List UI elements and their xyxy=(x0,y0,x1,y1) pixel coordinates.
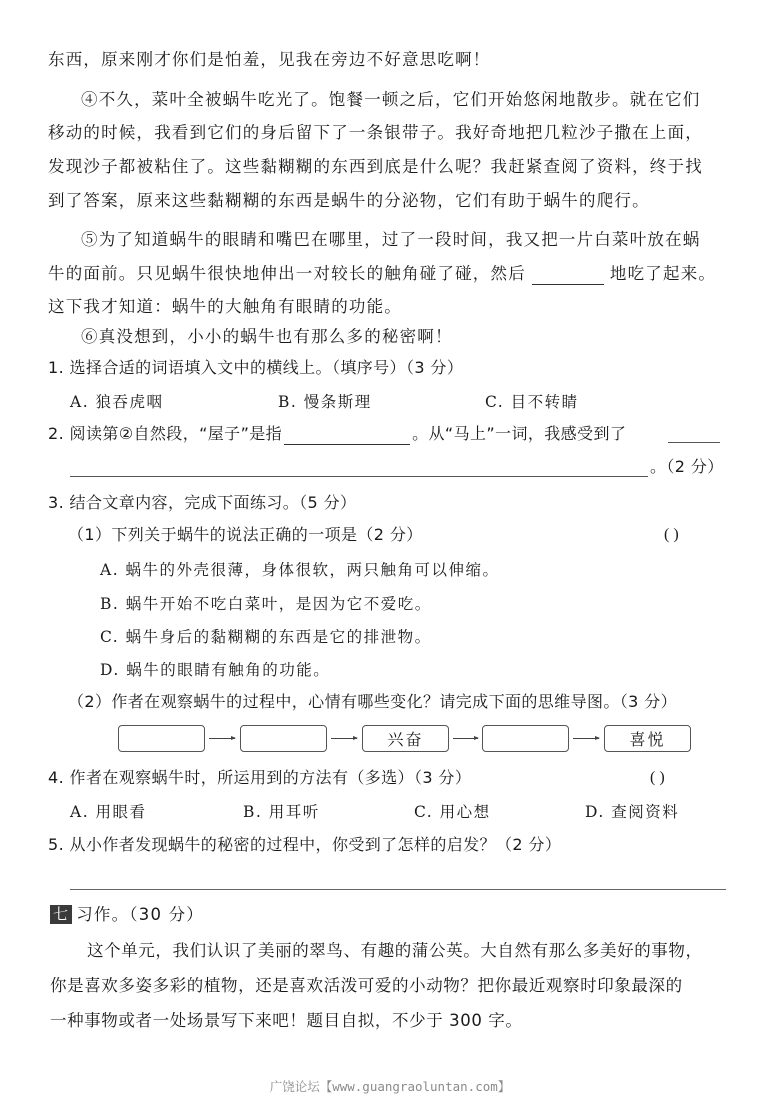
mindmap-box-1[interactable] xyxy=(118,725,205,752)
mindmap-box-3: 兴奋 xyxy=(362,725,449,752)
q1-option-b: B. 慢条斯理 xyxy=(278,391,372,413)
q2-stem-a: 2. 阅读第②自然段，“屋子”是指 xyxy=(48,424,282,443)
passage-p4-line4: 到了答案，原来这些黏糊糊的东西是蜗牛的分泌物，它们有助于蜗牛的爬行。 xyxy=(48,190,650,212)
section7-heading: 七习作。（30 分） xyxy=(50,904,204,926)
passage-p4-line2: 移动的时候，我看到它们的身后留下了一条银带子。我好奇地把几粒沙子撒在上面， xyxy=(48,122,703,144)
q3-sub1-option-d: D. 蜗牛的眼睛有触角的功能。 xyxy=(100,659,330,681)
q3-sub1-option-a: A. 蜗牛的外壳很薄，身体很软，两只触角可以伸缩。 xyxy=(100,559,500,581)
passage-p5-line2-tail: 地吃了起来。 xyxy=(610,264,716,283)
mindmap-box-2[interactable] xyxy=(240,725,327,752)
passage-p6: ⑥真没想到，小小的蜗牛也有那么多的秘密啊！ xyxy=(81,326,453,348)
q4-option-c: C. 用心想 xyxy=(414,801,491,823)
q2-blank-1[interactable] xyxy=(284,426,410,445)
q3-sub1-option-b: B. 蜗牛开始不吃白菜叶，是因为它不爱吃。 xyxy=(100,593,432,615)
mindmap-box-4[interactable] xyxy=(482,725,569,752)
passage-p5-line1: ⑤为了知道蜗牛的眼睛和嘴巴在哪里，过了一段时间，我又把一片白菜叶放在蜗 xyxy=(81,229,701,251)
q2-stem: 2. 阅读第②自然段，“屋子”是指。从“马上”一词，我感受到了 xyxy=(48,423,626,445)
arrow-right-icon xyxy=(209,738,235,739)
passage-p4-line1: ④不久，菜叶全被蜗牛吃光了。饱餐一顿之后，它们开始悠闲地散步。就在它们 xyxy=(81,89,701,111)
section7-title: 习作。（30 分） xyxy=(76,905,204,924)
passage-p5-line3: 这下我才知道：蜗牛的大触角有眼睛的功能。 xyxy=(48,296,402,318)
q3-sub1-option-c: C. 蜗牛身后的黏糊糊的东西是它的排泄物。 xyxy=(100,626,432,648)
watermark: 广饶论坛【www.guangraoluntan.com】 xyxy=(0,1077,780,1095)
q4-option-a: A. 用眼看 xyxy=(70,801,147,823)
q4-option-b: B. 用耳听 xyxy=(243,801,320,823)
q1-option-c: C. 目不转睛 xyxy=(485,391,579,413)
q2-blank-2-start[interactable] xyxy=(668,442,720,443)
q3-sub2-stem: （2）作者在观察蜗牛的过程中，心情有哪些变化？请完成下面的思维导图。（3 分） xyxy=(68,691,677,713)
q4-stem: 4. 作者在观察蜗牛时，所运用到的方法有（多选）（3 分） xyxy=(48,767,471,789)
passage-p4-line3: 发现沙子都被粘住了。这些黏糊糊的东西到底是什么呢？我赶紧查阅了资料，终于找 xyxy=(48,156,703,178)
section7-body-line1: 这个单元，我们认识了美丽的翠鸟、有趣的蒲公英。大自然有那么多美好的事物， xyxy=(87,940,703,962)
q3-stem: 3. 结合文章内容，完成下面练习。（5 分） xyxy=(48,492,356,514)
q2-stem-b: 。从“马上”一词，我感受到了 xyxy=(412,424,626,443)
passage-p5-line2-text: 牛的面前。只见蜗牛很快地伸出一对较长的触角碰了碰，然后 xyxy=(48,264,526,283)
q1-option-a: A. 狼吞虎咽 xyxy=(70,391,164,413)
q1-stem: 1. 选择合适的词语填入文中的横线上。（填序号）（3 分） xyxy=(48,357,463,379)
passage-fill-blank[interactable] xyxy=(532,266,604,285)
passage-p3-tail: 东西，原来刚才你们是怕羞，见我在旁边不好意思吃啊！ xyxy=(48,49,491,71)
q4-answer-paren[interactable]: ( ) xyxy=(650,767,665,789)
section7-body-line3: 一种事物或者一处场景写下来吧！题目自拟，不少于 300 字。 xyxy=(50,1010,522,1032)
q3-sub1-answer-paren[interactable]: ( ) xyxy=(664,524,679,546)
section7-body-line2: 你是喜欢多姿多彩的植物，还是喜欢活泼可爱的小动物？把你最近观察时印象最深的 xyxy=(50,975,683,997)
q5-answer-line[interactable] xyxy=(70,889,726,890)
arrow-right-icon xyxy=(573,738,599,739)
section-number-badge: 七 xyxy=(50,905,72,924)
arrow-right-icon xyxy=(331,738,357,739)
q3-sub1-stem: （1）下列关于蜗牛的说法正确的一项是（2 分） xyxy=(68,524,423,546)
mindmap-box-5: 喜悦 xyxy=(604,725,691,752)
arrow-right-icon xyxy=(453,738,478,739)
passage-p5-line2: 牛的面前。只见蜗牛很快地伸出一对较长的触角碰了碰，然后地吃了起来。 xyxy=(48,263,716,285)
q2-blank-2-line[interactable] xyxy=(70,476,648,477)
q4-option-d: D. 查阅资料 xyxy=(585,801,679,823)
q2-score: 。（2 分） xyxy=(650,456,724,478)
q5-stem: 5. 从小作者发现蜗牛的秘密的过程中，你受到了怎样的启发？（2 分） xyxy=(48,834,561,856)
